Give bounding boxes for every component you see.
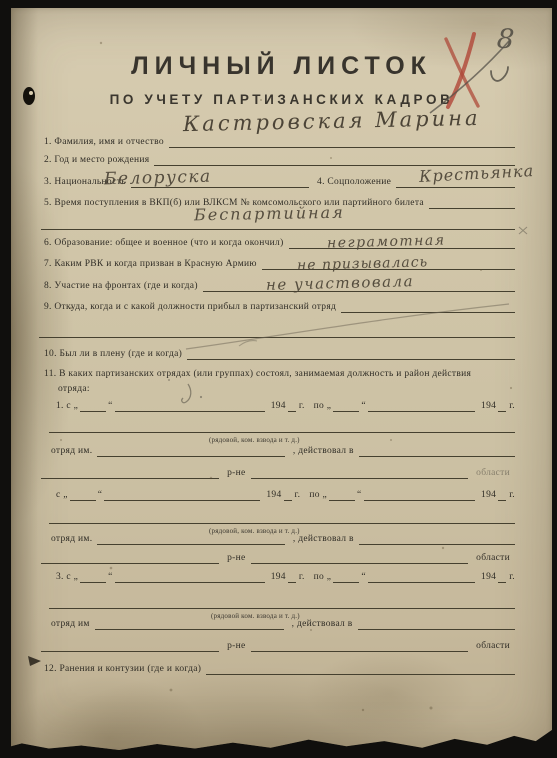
block-1-prefix: 1. с „ [56, 402, 80, 413]
pencil-scribble-tick [239, 341, 257, 346]
service-block-1-rank-line [49, 421, 515, 433]
block-1-region-label: области [468, 469, 515, 480]
block-1-year-from: 194 [265, 402, 288, 413]
service-block-3-unit-row: отряд им , действовал в [51, 618, 515, 630]
field-7-row: 7. Каким РВК и когда призван в Красную А… [44, 258, 515, 270]
blank-line [358, 627, 515, 630]
blank-line [359, 542, 515, 545]
blank-line [251, 476, 469, 479]
blank-line [104, 498, 260, 501]
field-7-value-handwritten: не призывалась [297, 254, 429, 273]
service-block-2-district-row: р-не области [41, 552, 515, 564]
block-2-district-label: р-не [219, 554, 250, 565]
service-block-2-rank-line [49, 512, 515, 524]
field-1-label: 1. Фамилия, имя и отчество [44, 138, 169, 149]
field-8-label: 8. Участие на фронтах (где и когда) [44, 282, 203, 293]
blank-line [368, 580, 475, 583]
blank-line [368, 409, 475, 412]
blank-line [49, 521, 515, 524]
blank-line [49, 606, 515, 609]
field-3-value-handwritten: Белоруска [104, 167, 212, 190]
blank-line [95, 627, 284, 630]
field-6-value-handwritten: неграмотная [327, 232, 446, 251]
block-1-year-from-unit: г. [296, 402, 305, 413]
document-subtitle: ПО УЧЕТУ ПАРТИЗАНСКИХ КАДРОВ [11, 92, 552, 107]
blank-line [41, 476, 219, 479]
blank-line [429, 206, 515, 209]
block-1-quote-2: “ [359, 402, 368, 413]
block-3-year-from: 194 [265, 573, 288, 584]
blank-line [333, 409, 359, 412]
blank-line [364, 498, 476, 501]
scanned-document-photo: { "header": { "title": "ЛИЧНЫЙ ЛИСТОК", … [0, 0, 557, 758]
blank-line [41, 561, 219, 564]
block-3-acted-label: , действовал в [284, 620, 358, 631]
blank-line [251, 561, 469, 564]
pencil-dot [200, 396, 202, 398]
service-block-3-dates-row: 3. с „ “ 194 г. по „ “ 194 г. [56, 571, 515, 583]
block-2-po: по „ [300, 491, 329, 502]
document-title: ЛИЧНЫЙ ЛИСТОК [11, 52, 552, 81]
block-2-year-to-unit: г. [506, 491, 515, 502]
field-10-row: 10. Был ли в плену (где и когда) [44, 348, 515, 360]
blank-line [329, 498, 355, 501]
service-block-1-unit-row: отряд им. , действовал в [51, 445, 515, 457]
block-2-year-from-unit: г. [292, 491, 301, 502]
field-5-value-handwritten: Беспартийная [194, 203, 345, 225]
ink-blot [28, 656, 41, 666]
blank-line [41, 227, 515, 230]
service-block-2-dates-row: с „ “ 194 г. по „ “ 194 г. [56, 489, 515, 501]
blank-line [115, 409, 265, 412]
blank-line [288, 580, 296, 583]
service-block-1-dates-row: 1. с „ “ 194 г. по „ “ 194 г. [56, 400, 515, 412]
block-1-year-to: 194 [475, 402, 498, 413]
field-9-row: 9. Откуда, когда и с какой должности при… [44, 301, 515, 313]
block-3-quote: “ [106, 573, 115, 584]
blank-line [70, 498, 96, 501]
blank-line [341, 310, 515, 313]
block-1-quote: “ [106, 402, 115, 413]
pencil-page-number: 8 [496, 23, 515, 55]
service-block-2-unit-row: отряд им. , действовал в [51, 533, 515, 545]
field-2-row: 2. Год и место рождения [44, 154, 515, 166]
block-1-district-label: р-не [219, 469, 250, 480]
field-8-value-handwritten: не участвовала [266, 272, 414, 294]
blank-line [80, 409, 106, 412]
field-9-label: 9. Откуда, когда и с какой должности при… [44, 303, 341, 314]
pencil-x-mark [519, 227, 527, 234]
block-3-district-label: р-не [219, 642, 250, 653]
service-block-3-rank-line [49, 597, 515, 609]
block-2-year-from: 194 [260, 491, 283, 502]
blank-line [251, 649, 469, 652]
service-block-1-rank-caption: (рядовой, ком. взвода и т. д.) [209, 436, 300, 444]
blank-line [359, 454, 515, 457]
field-6-label: 6. Образование: общее и военное (что и к… [44, 239, 289, 250]
block-3-po: по „ [305, 573, 334, 584]
block-2-prefix: с „ [56, 491, 70, 502]
block-2-region-label: области [468, 554, 515, 565]
service-block-3-district-row: р-не области [41, 640, 515, 652]
blank-line [284, 498, 292, 501]
blank-line [80, 580, 106, 583]
block-2-quote-2: “ [355, 491, 364, 502]
blank-line [115, 580, 265, 583]
block-2-year-to: 194 [475, 491, 498, 502]
block-2-acted-label: , действовал в [285, 535, 359, 546]
field-7-label: 7. Каким РВК и когда призван в Красную А… [44, 260, 262, 271]
field-4-label: 4. Соцположение [309, 178, 396, 189]
field-2-label: 2. Год и место рождения [44, 156, 154, 167]
block-1-year-to-unit: г. [506, 402, 515, 413]
block-3-region-label: области [468, 642, 515, 653]
blank-line [288, 409, 296, 412]
field-11-label: 11. В каких партизанских отрядах (или гр… [44, 367, 515, 381]
block-2-unit-label: отряд им. [51, 535, 97, 546]
block-1-acted-label: , действовал в [285, 447, 359, 458]
field-12-row: 12. Ранения и контузии (где и когда) [44, 663, 515, 675]
field-1-value-handwritten: Кастровская Марина [183, 106, 481, 136]
blank-line [396, 185, 515, 188]
blank-line [187, 357, 515, 360]
blank-line [97, 542, 284, 545]
document-paper: ЛИЧНЫЙ ЛИСТОК ПО УЧЕТУ ПАРТИЗАНСКИХ КАДР… [11, 8, 552, 753]
block-3-year-from-unit: г. [296, 573, 305, 584]
service-block-1-district-row: р-не области [41, 467, 515, 479]
field-11-label-2: отряда: [58, 382, 90, 396]
block-1-unit-label: отряд им. [51, 447, 97, 458]
blank-line [206, 672, 515, 675]
blank-line [39, 335, 515, 338]
field-12-label: 12. Ранения и контузии (где и когда) [44, 665, 206, 676]
field-10-label: 10. Был ли в плену (где и когда) [44, 350, 187, 361]
block-3-unit-label: отряд им [51, 620, 95, 631]
blank-line [333, 580, 359, 583]
block-3-year-to-unit: г. [506, 573, 515, 584]
field-1-row: 1. Фамилия, имя и отчество [44, 136, 515, 148]
blank-line [498, 409, 506, 412]
blank-line [97, 454, 284, 457]
block-3-year-to: 194 [475, 573, 498, 584]
field-9-continuation-line [39, 326, 515, 338]
blank-line [41, 649, 219, 652]
block-1-po: по „ [305, 402, 334, 413]
blank-line [498, 580, 506, 583]
blank-line [49, 430, 515, 433]
blank-line [169, 145, 515, 148]
block-3-quote-2: “ [359, 573, 368, 584]
block-2-quote: “ [96, 491, 105, 502]
block-3-prefix: 3. с „ [56, 573, 80, 584]
blank-line [498, 498, 506, 501]
